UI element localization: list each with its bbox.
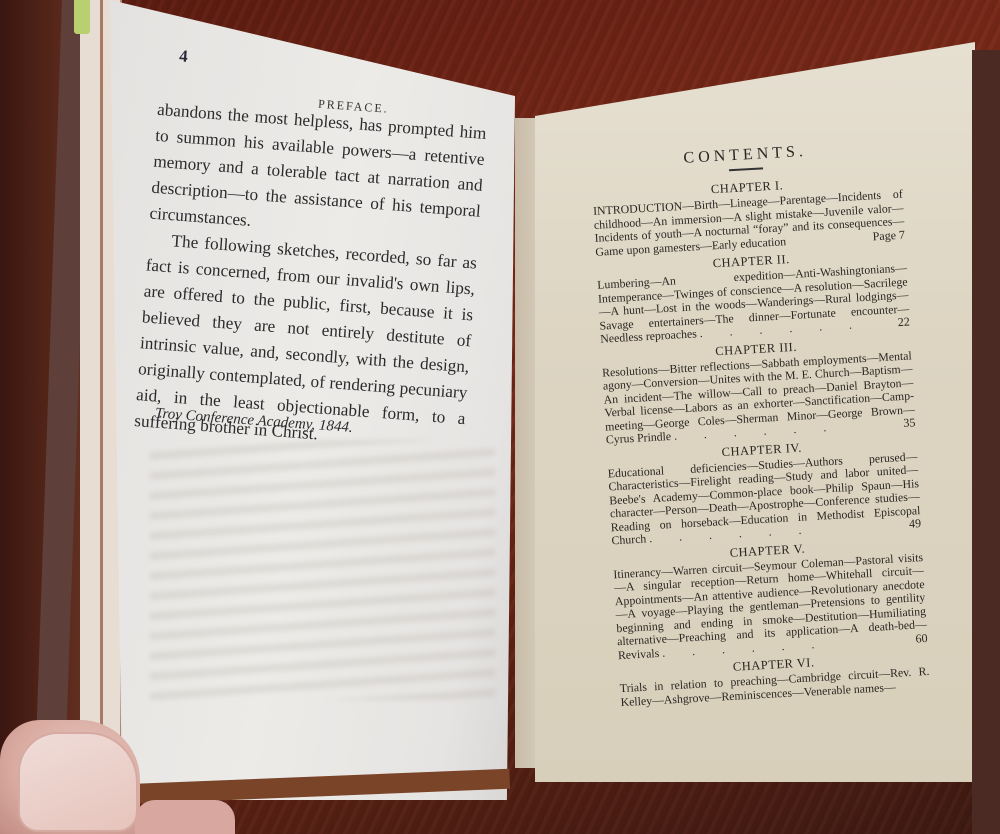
chapter-summary: Educational deficiencies—Studies—Authors… — [607, 450, 921, 548]
page-number: 4 — [178, 46, 188, 67]
chapter-page-number: 22 — [897, 315, 910, 329]
preface-paragraph: abandons the most helpless, has prompted… — [149, 97, 488, 251]
title-rule — [729, 167, 763, 171]
bookmark-ribbon — [74, 0, 90, 34]
chapter-page-number: 35 — [903, 416, 916, 430]
toc-entry-chapter-5: CHAPTER V. Itinerancy—Warren circuit—Sey… — [612, 535, 928, 663]
contents-page: CONTENTS. CHAPTER I. INTRODUCTION—Birth—… — [590, 138, 931, 713]
thumbnail — [18, 732, 138, 832]
chapter-summary: Lumbering—An expedition—Anti-Washingtoni… — [597, 262, 910, 347]
chapter-page-number: 49 — [909, 517, 922, 531]
toc-entry-chapter-4: CHAPTER IV. Educational deficiencies—Stu… — [607, 434, 922, 548]
finger — [135, 800, 235, 834]
toc-entry-chapter-2: CHAPTER II. Lumbering—An expedition—Anti… — [596, 246, 910, 347]
chapter-summary: Resolutions—Bitter reflections—Sabbath e… — [602, 349, 916, 447]
toc-entry-chapter-1: CHAPTER I. INTRODUCTION—Birth—Lineage—Pa… — [592, 172, 905, 259]
chapter-page-number: 60 — [915, 631, 928, 645]
toc-entry-chapter-3: CHAPTER III. Resolutions—Bitter reflecti… — [601, 333, 916, 447]
chapter-page-number: Page 7 — [872, 228, 905, 243]
book-cover-right — [972, 50, 1000, 834]
ink-bleed-through — [150, 440, 495, 700]
page-edge-line — [100, 0, 103, 790]
chapter-summary: Itinerancy—Warren circuit—Seymour Colema… — [613, 551, 928, 663]
preface-body: abandons the most helpless, has prompted… — [133, 97, 487, 458]
